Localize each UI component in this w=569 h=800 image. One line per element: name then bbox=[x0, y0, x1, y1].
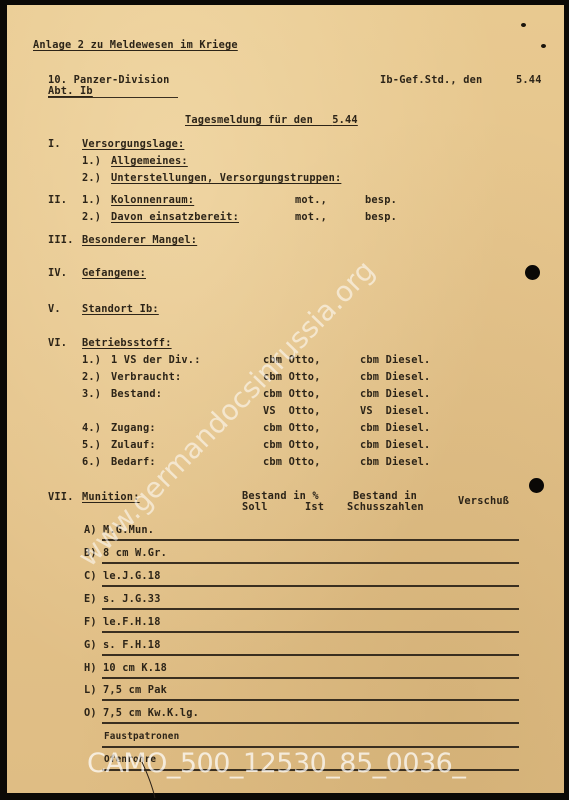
section-i-item-label: Unterstellungen, Versorgungstruppen: bbox=[111, 172, 341, 184]
section-vi-numeral: VI. bbox=[48, 337, 67, 349]
fuel-diesel: cbm Diesel. bbox=[360, 371, 430, 383]
section-ii-item-num: 1.) bbox=[82, 194, 101, 206]
fuel-diesel: cbm Diesel. bbox=[360, 456, 430, 468]
fuel-item-label: Zulauf: bbox=[111, 439, 156, 451]
ammo-row-label: 7,5 cm Kw.K.lg. bbox=[103, 707, 199, 719]
ammo-row-label: le.F.H.18 bbox=[103, 616, 161, 628]
fuel-item-label: Bedarf: bbox=[111, 456, 156, 468]
fuel-item-num: 3.) bbox=[82, 388, 101, 400]
ammo-row-key: O) bbox=[84, 707, 97, 719]
fuel-item-num: 5.) bbox=[82, 439, 101, 451]
annex-title: Anlage 2 zu Meldewesen im Kriege bbox=[33, 39, 238, 51]
department-underline bbox=[48, 97, 178, 98]
punch-hole-bottom bbox=[529, 478, 544, 493]
section-iii-title: Besonderer Mangel: bbox=[82, 234, 197, 246]
ammo-row-rule bbox=[102, 562, 519, 564]
fuel-diesel: VS Diesel. bbox=[360, 405, 430, 417]
fuel-item-label: Zugang: bbox=[111, 422, 156, 434]
fuel-diesel: cbm Diesel. bbox=[360, 354, 430, 366]
report-title: Tagesmeldung für den 5.44 bbox=[185, 114, 358, 126]
section-ii-item-label: Kolonnenraum: bbox=[111, 194, 194, 206]
col-soll: Soll bbox=[242, 501, 268, 513]
ammo-row-rule bbox=[102, 608, 519, 610]
section-ii-item-label: Davon einsatzbereit: bbox=[111, 211, 239, 223]
section-v-numeral: V. bbox=[48, 303, 61, 315]
section-ii-mot: mot., bbox=[295, 194, 327, 206]
section-iv-numeral: IV. bbox=[48, 267, 67, 279]
section-iii-numeral: III. bbox=[48, 234, 74, 246]
ink-speck bbox=[521, 23, 526, 27]
department: Abt. Ib bbox=[48, 85, 93, 97]
section-ii-besp: besp. bbox=[365, 194, 397, 206]
section-v-title: Standort Ib: bbox=[82, 303, 159, 315]
section-i-item-num: 2.) bbox=[82, 172, 101, 184]
location-date-label: Ib-Gef.Std., den bbox=[380, 74, 482, 86]
ammo-row-label: s. J.G.33 bbox=[103, 593, 161, 605]
fuel-item-label: 1 VS der Div.: bbox=[111, 354, 201, 366]
fuel-diesel: cbm Diesel. bbox=[360, 388, 430, 400]
section-i-title: Versorgungslage: bbox=[82, 138, 184, 150]
ammo-row-key: H) bbox=[84, 662, 97, 674]
section-iv-title: Gefangene: bbox=[82, 267, 146, 279]
section-ii-item-num: 2.) bbox=[82, 211, 101, 223]
fuel-item-label: Bestand: bbox=[111, 388, 162, 400]
ammo-row-rule bbox=[102, 699, 519, 701]
fuel-otto: cbm Otto, bbox=[263, 439, 321, 451]
fuel-otto: cbm Otto, bbox=[263, 422, 321, 434]
fuel-otto: cbm Otto, bbox=[263, 456, 321, 468]
fuel-diesel: cbm Diesel. bbox=[360, 439, 430, 451]
punch-hole-top bbox=[525, 265, 540, 280]
section-i-item-num: 1.) bbox=[82, 155, 101, 167]
ammo-row-rule bbox=[102, 585, 519, 587]
ammo-row-label: 10 cm K.18 bbox=[103, 662, 167, 674]
ammo-row-key: F) bbox=[84, 616, 97, 628]
pen-stroke bbox=[140, 760, 160, 800]
ammo-row-rule bbox=[102, 722, 519, 724]
ammo-row-rule bbox=[102, 677, 519, 679]
col-verschuss: Verschuß bbox=[458, 495, 509, 507]
ammo-row-rule bbox=[102, 654, 519, 656]
ammo-row-label: le.J.G.18 bbox=[103, 570, 161, 582]
ammo-row-key: L) bbox=[84, 684, 97, 696]
ammo-row-label: 7,5 cm Pak bbox=[103, 684, 167, 696]
section-ii-mot: mot., bbox=[295, 211, 327, 223]
ink-speck bbox=[541, 44, 546, 48]
section-vi-title: Betriebsstoff: bbox=[82, 337, 172, 349]
ammo-row-label: s. F.H.18 bbox=[103, 639, 161, 651]
ammo-row-key: E) bbox=[84, 593, 97, 605]
ammo-row-label: Faustpatronen bbox=[104, 731, 179, 743]
section-vii-numeral: VII. bbox=[48, 491, 74, 503]
fuel-item-label: Verbraucht: bbox=[111, 371, 181, 383]
fuel-otto: VS Otto, bbox=[263, 405, 321, 417]
col-ist: Ist bbox=[305, 501, 324, 513]
section-ii-besp: besp. bbox=[365, 211, 397, 223]
fuel-item-num: 6.) bbox=[82, 456, 101, 468]
section-i-item-label: Allgemeines: bbox=[111, 155, 188, 167]
ammo-row-key: G) bbox=[84, 639, 97, 651]
section-ii-numeral: II. bbox=[48, 194, 67, 206]
ammo-row-rule bbox=[102, 631, 519, 633]
fuel-item-num: 4.) bbox=[82, 422, 101, 434]
fuel-item-num: 2.) bbox=[82, 371, 101, 383]
section-i-numeral: I. bbox=[48, 138, 61, 150]
fuel-diesel: cbm Diesel. bbox=[360, 422, 430, 434]
fuel-item-num: 1.) bbox=[82, 354, 101, 366]
report-title-text: Tagesmeldung für den bbox=[185, 114, 313, 126]
ammo-row-rule bbox=[102, 539, 519, 541]
report-date: 5.44 bbox=[332, 114, 358, 126]
header-date: 5.44 bbox=[516, 74, 542, 86]
col-schusszahlen: Schusszahlen bbox=[347, 501, 424, 513]
